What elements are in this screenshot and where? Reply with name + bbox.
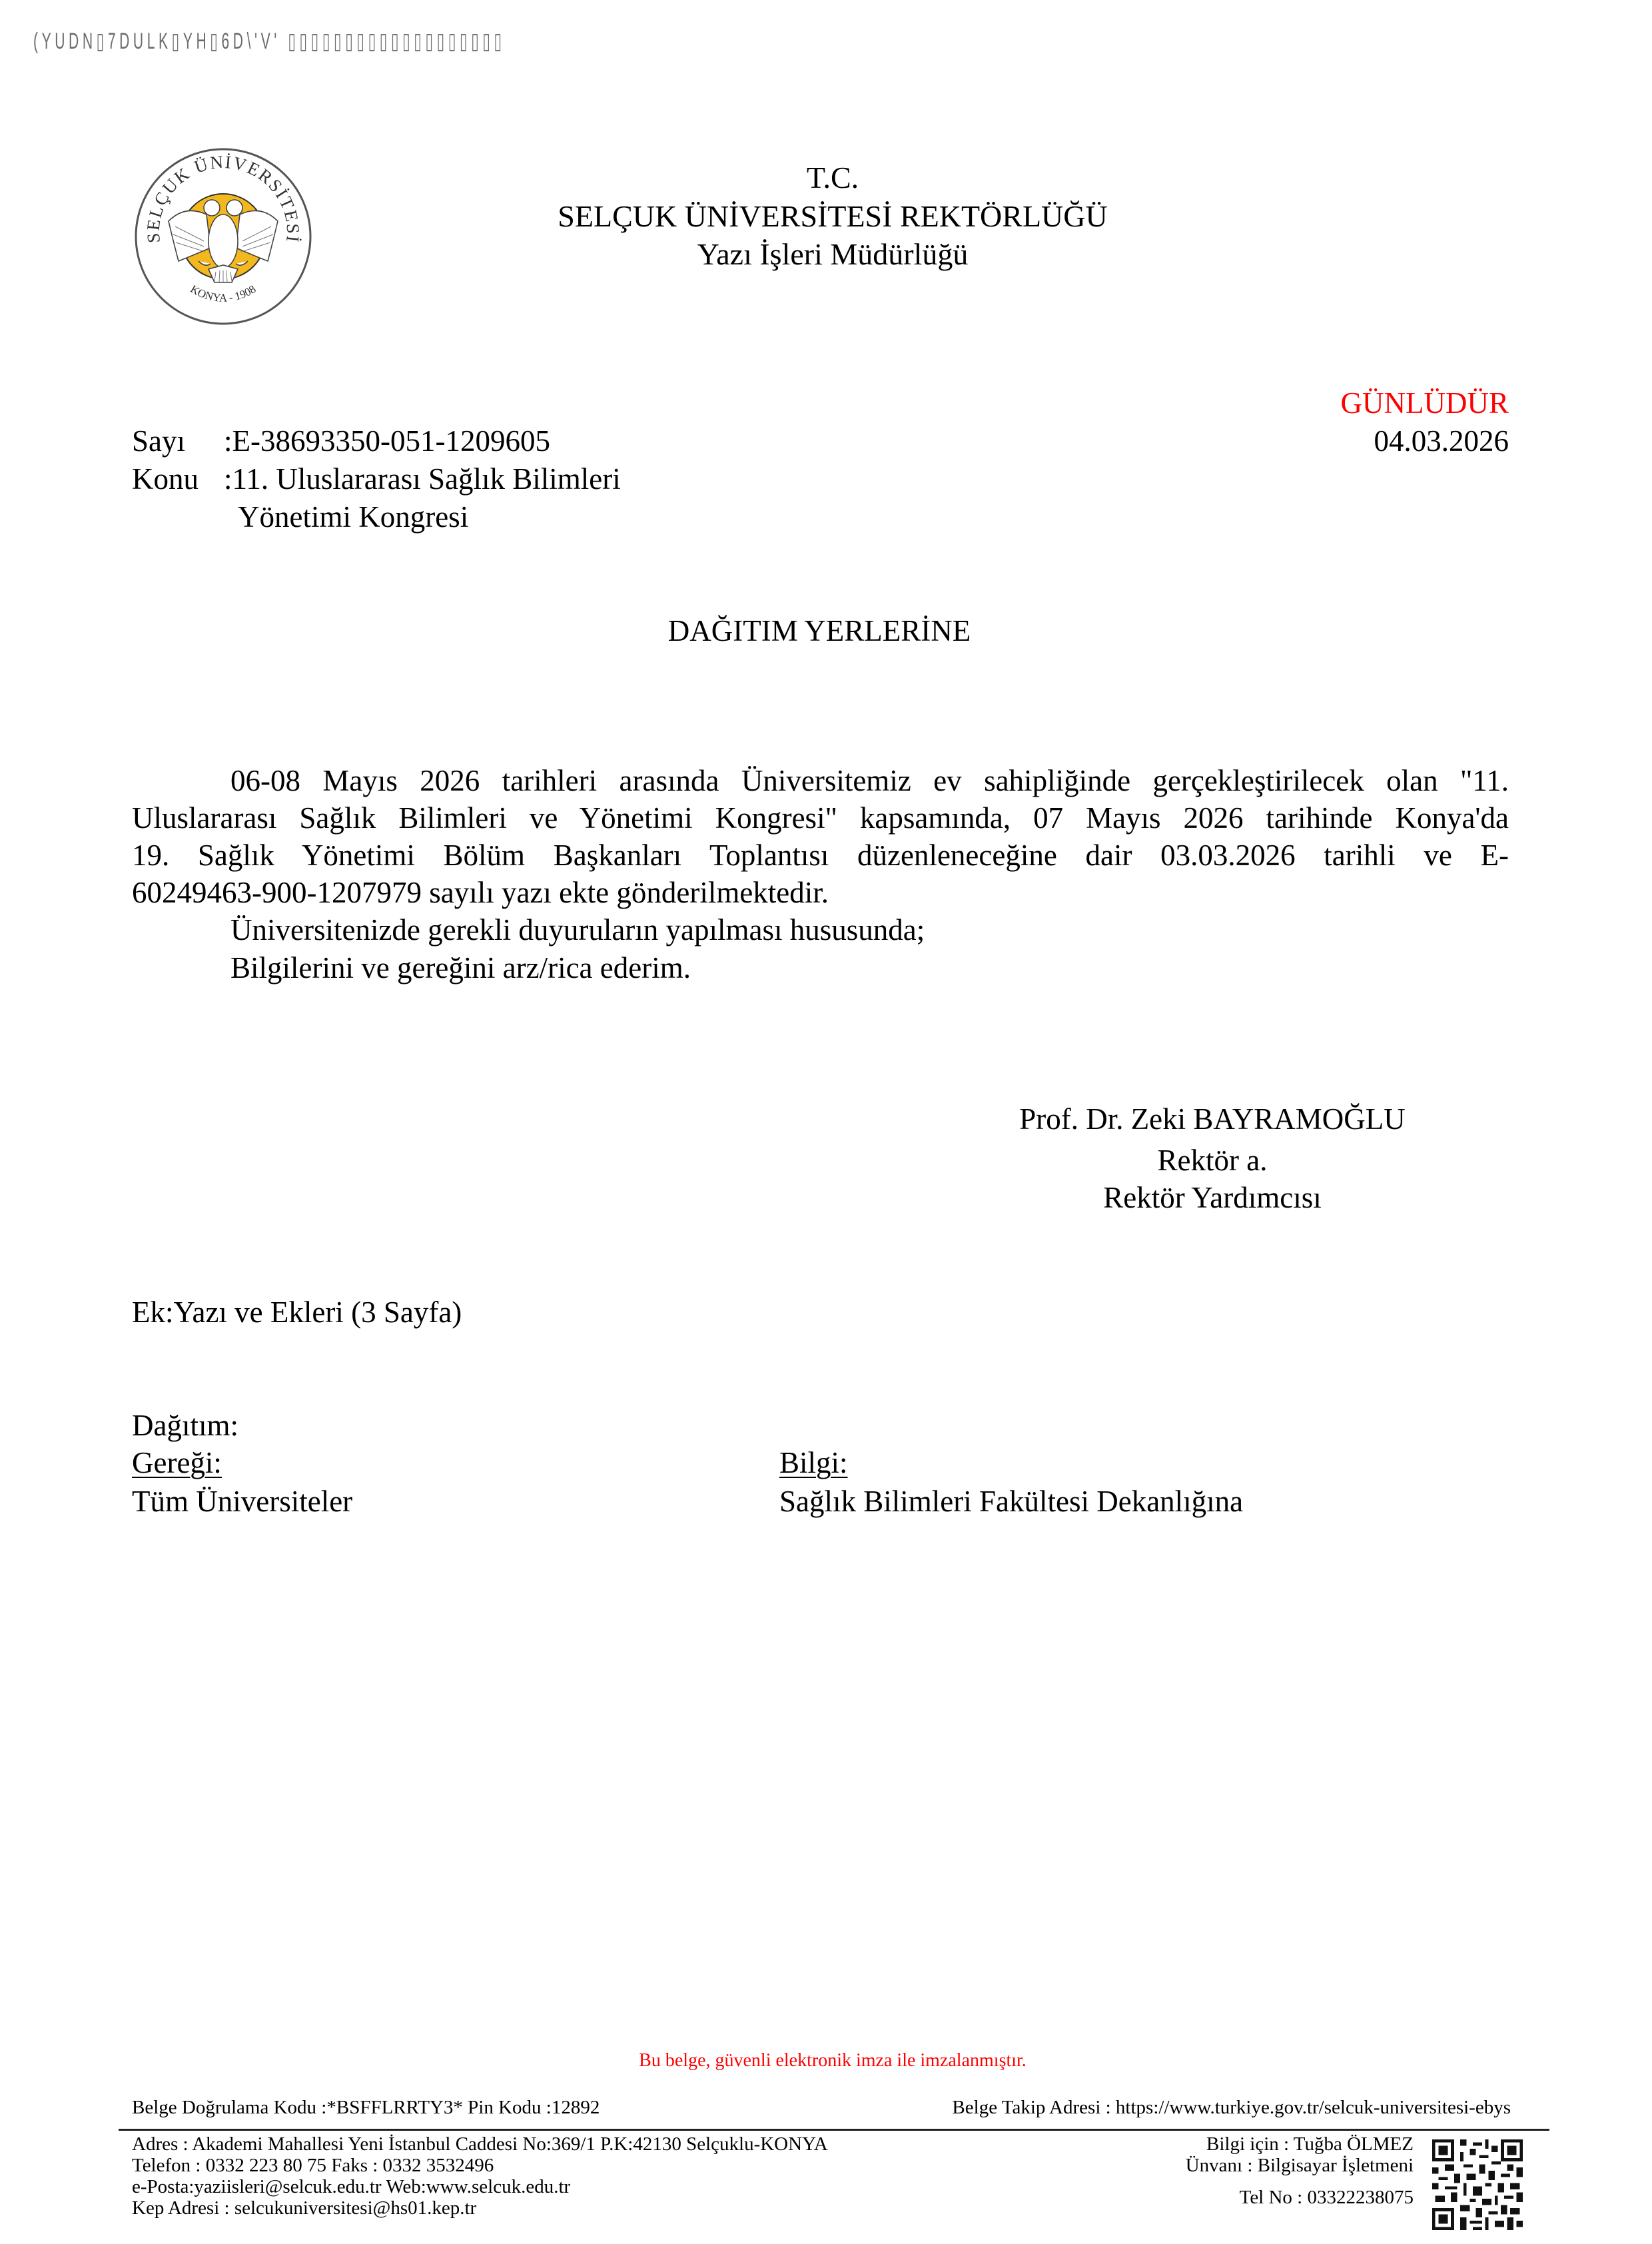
contact-person: Bilgi için : Tuğba ÖLMEZ bbox=[1206, 2133, 1414, 2155]
sayi-value: :E-38693350-051-1209605 bbox=[224, 426, 550, 456]
distribution-label: Dağıtım: bbox=[132, 1411, 238, 1441]
bilgi-label: Bilgi: bbox=[779, 1448, 848, 1478]
attachment-note: Ek:Yazı ve Ekleri (3 Sayfa) bbox=[132, 1298, 462, 1327]
footer-divider bbox=[119, 2129, 1549, 2131]
gereği-label: Gereği: bbox=[132, 1448, 222, 1478]
body-line-1: 06-08 Mayıs 2026 tarihleri arasında Üniv… bbox=[132, 763, 1509, 798]
bilgi-recipient: Sağlık Bilimleri Fakültesi Dekanlığına bbox=[779, 1487, 1243, 1517]
tracking-address[interactable]: Belge Takip Adresi : https://www.turkiye… bbox=[952, 2097, 1511, 2119]
konu-value-continued: Yönetimi Kongresi bbox=[238, 502, 468, 532]
phone-fax: Telefon : 0332 223 80 75 Faks : 0332 353… bbox=[132, 2155, 494, 2177]
konu-value: :11. Uluslararası Sağlık Bilimleri bbox=[224, 464, 621, 494]
kep-address: Kep Adresi : selcukuniversitesi@hs01.kep… bbox=[132, 2197, 476, 2219]
sayi-label: Sayı bbox=[132, 426, 185, 456]
esign-notice: Bu belge, güvenli elektronik imza ile im… bbox=[639, 2050, 1027, 2071]
body-line-3: 19. Sağlık Yönetimi Bölüm Başkanları Top… bbox=[132, 838, 1509, 873]
header-stamp: (YUDN▯7DULK▯YH▯6D\'V' ▯▯▯▯▯▯▯▯▯▯▯▯▯▯▯▯▯▯… bbox=[33, 28, 506, 55]
gereği-recipient: Tüm Üniversiteler bbox=[132, 1487, 352, 1517]
signatory-title: Rektör a. bbox=[1158, 1146, 1268, 1176]
postal-address: Adres : Akademi Mahallesi Yeni İstanbul … bbox=[132, 2133, 828, 2155]
letterhead-tc: T.C. bbox=[807, 160, 859, 195]
body-line-4: 60249463-900-1207979 sayılı yazı ekte gö… bbox=[132, 875, 1509, 910]
signatory-name: Prof. Dr. Zeki BAYRAMOĞLU bbox=[1019, 1104, 1406, 1134]
contact-phone: Tel No : 03322238075 bbox=[1240, 2187, 1414, 2209]
qr-code-icon[interactable] bbox=[1432, 2139, 1523, 2230]
letterhead-department: Yazı İşleri Müdürlüğü bbox=[697, 236, 969, 272]
document-date: 04.03.2026 bbox=[1374, 426, 1509, 456]
body-line-2: Uluslararası Sağlık Bilimleri ve Yönetim… bbox=[132, 801, 1509, 835]
university-logo-icon: SELÇUK ÜNİVERSİTESİ KONYA - 1908 bbox=[132, 141, 314, 332]
signatory-role: Rektör Yardımcısı bbox=[1103, 1183, 1322, 1213]
konu-label: Konu bbox=[132, 464, 199, 494]
body-line-6: Bilgilerini ve gereğini arz/rica ederim. bbox=[132, 950, 1509, 985]
urgency-badge: GÜNLÜDÜR bbox=[1341, 388, 1509, 418]
contact-title: Ünvanı : Bilgisayar İşletmeni bbox=[1186, 2155, 1414, 2177]
verification-code: Belge Doğrulama Kodu :*BSFFLRRTY3* Pin K… bbox=[132, 2097, 600, 2119]
letterhead-institution: SELÇUK ÜNİVERSİTESİ REKTÖRLÜĞÜ bbox=[558, 198, 1107, 234]
recipient-heading: DAĞITIM YERLERİNE bbox=[668, 616, 971, 646]
body-line-5: Üniversitenizde gerekli duyuruların yapı… bbox=[132, 913, 1509, 947]
email-web[interactable]: e-Posta:yaziisleri@selcuk.edu.tr Web:www… bbox=[132, 2176, 570, 2198]
